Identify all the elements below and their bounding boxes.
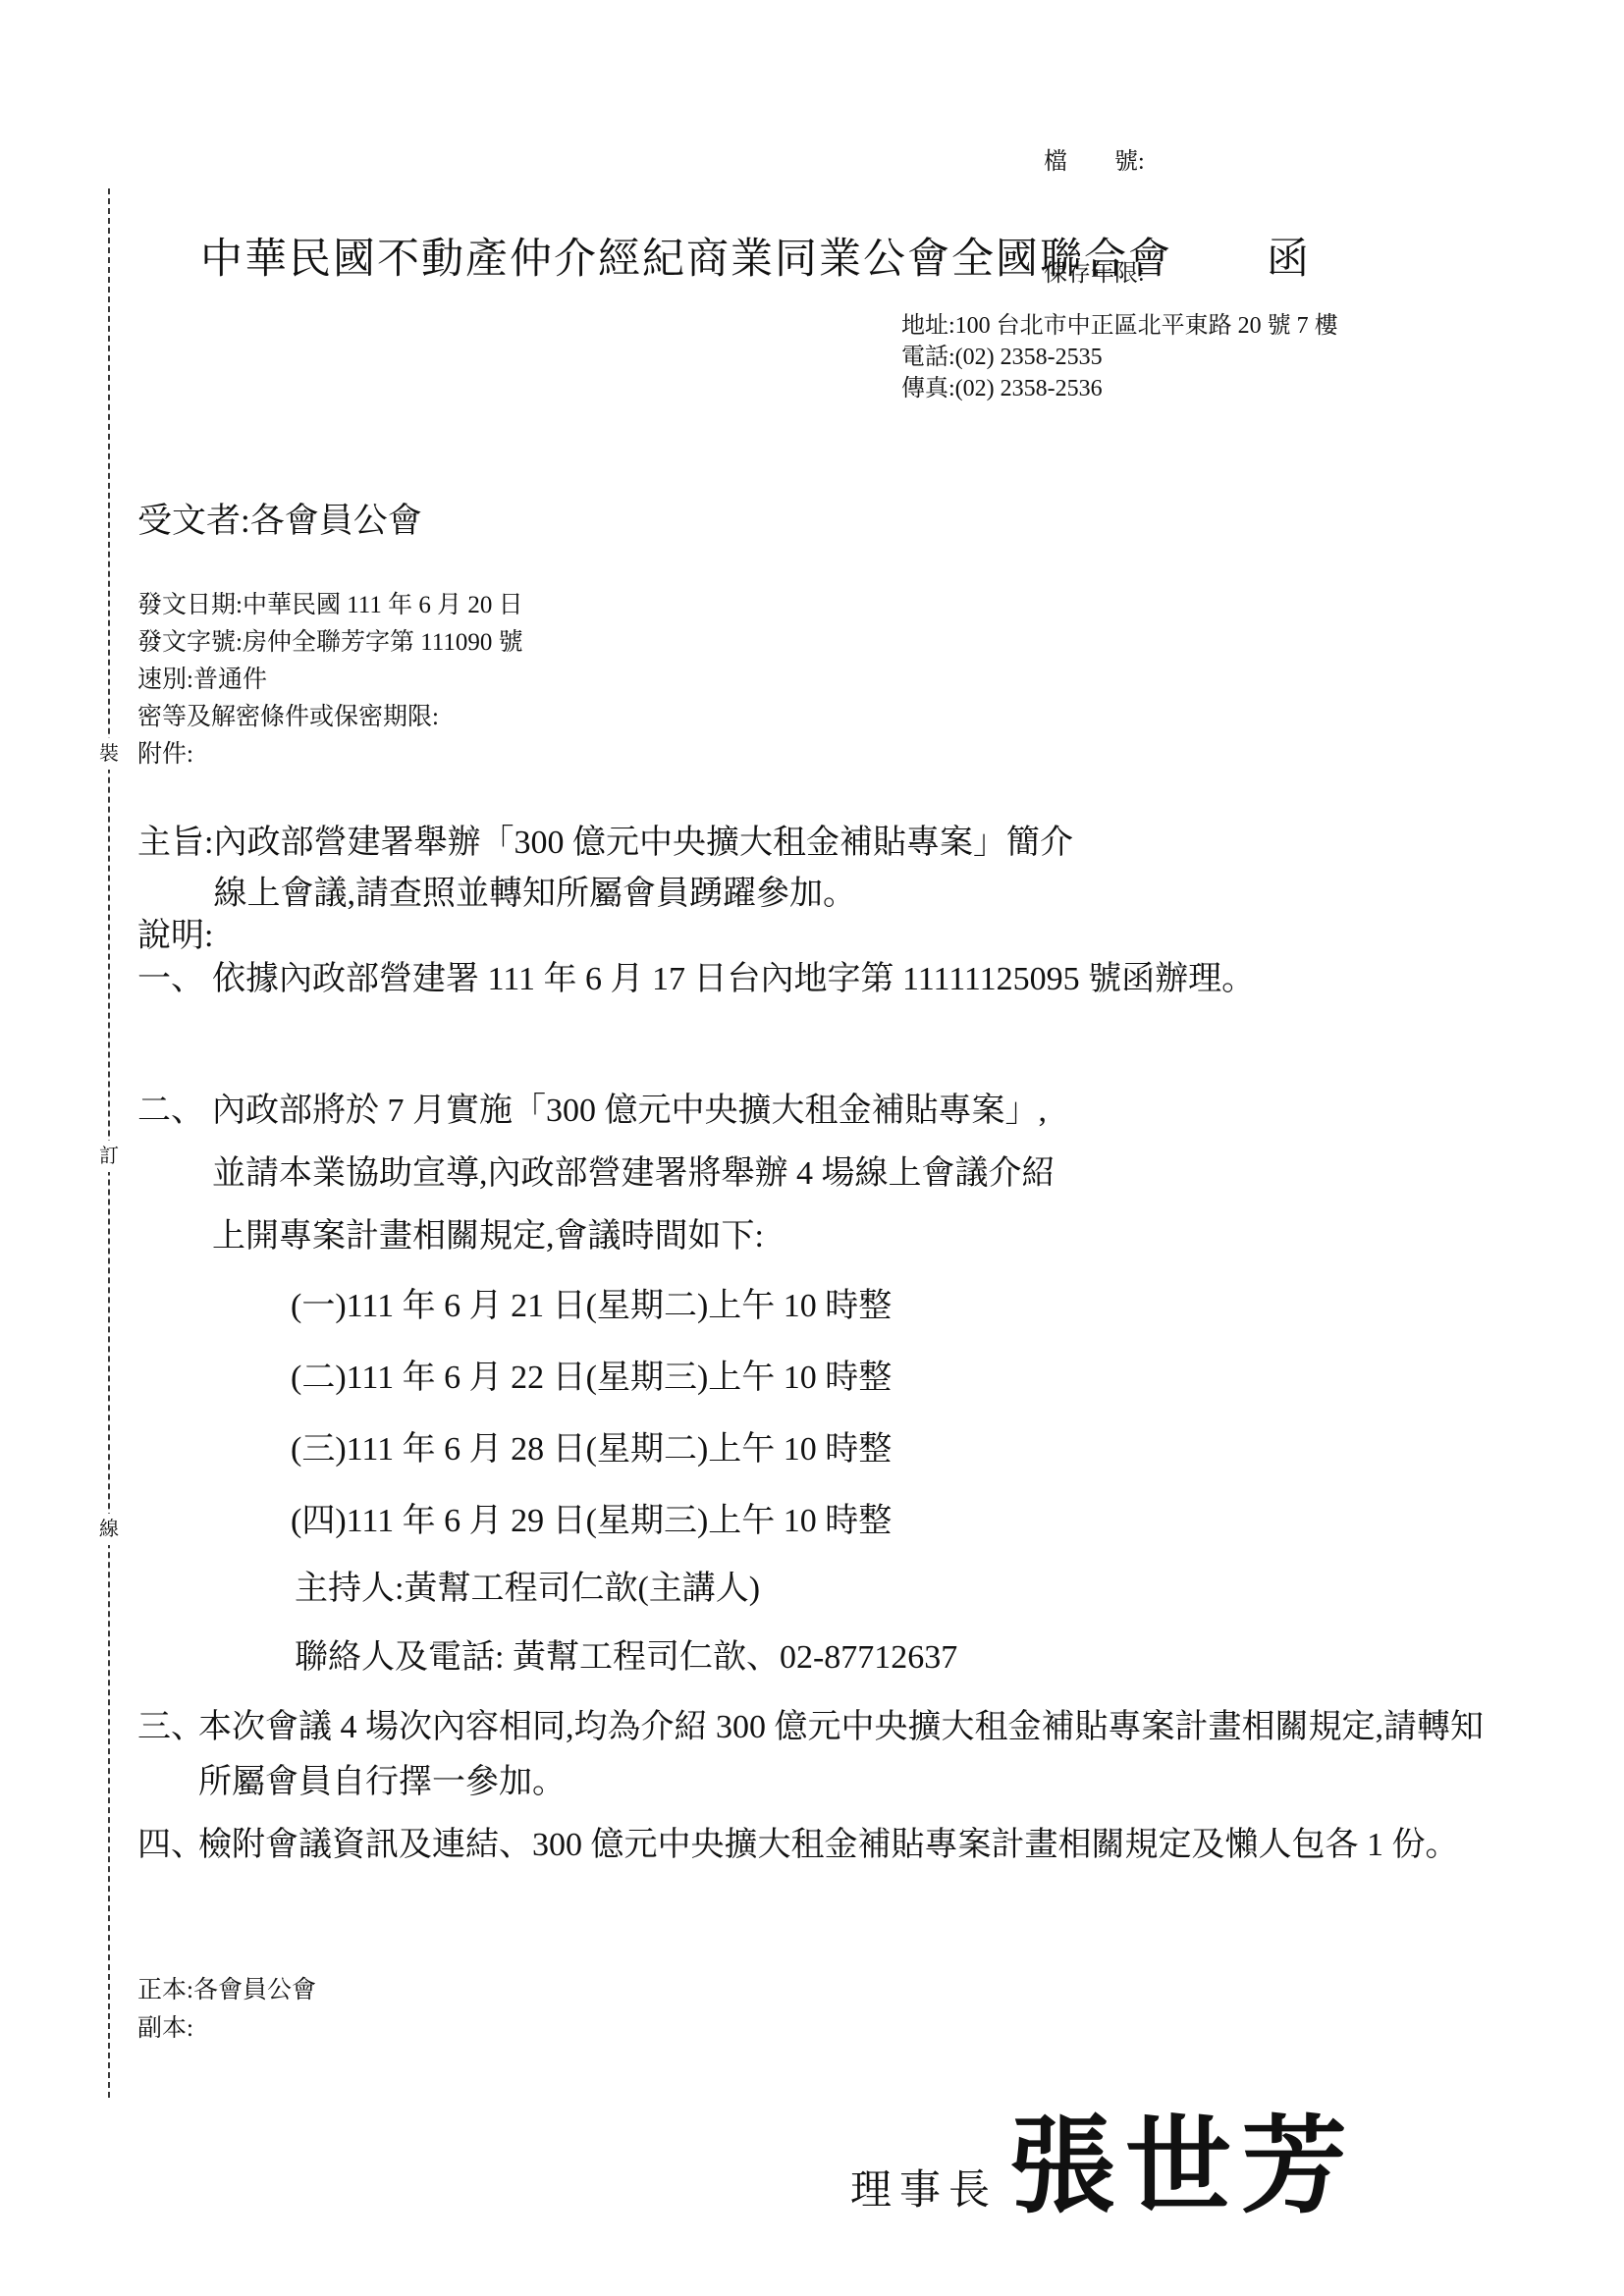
meeting-time-3: (三)111 年 6 月 28 日(星期二)上午 10 時整 bbox=[291, 1414, 892, 1485]
meeting-time-4: (四)111 年 6 月 29 日(星期三)上午 10 時整 bbox=[291, 1485, 892, 1557]
meta-line-issue-date: 發文日期:中華民國 111 年 6 月 20 日 bbox=[137, 587, 523, 624]
chairman-title: 理事長 bbox=[850, 2158, 998, 2216]
item-number: 三、 bbox=[137, 1700, 198, 1810]
meta-line-doc-number: 發文字號:房仲全聯芳字第 111090 號 bbox=[137, 624, 523, 662]
meeting-time-list: (一)111 年 6 月 21 日(星期二)上午 10 時整 (二)111 年 … bbox=[291, 1270, 892, 1557]
letterhead: 中華民國不動產仲介經紀商業同業公會全國聯合會 函 bbox=[200, 226, 1311, 286]
phone-line: 電話:(02) 2358-2535 bbox=[901, 342, 1338, 373]
file-number-label: 檔 號: bbox=[1044, 143, 1145, 181]
subject-label: 主旨: bbox=[137, 818, 213, 920]
explanation-item-1: 一、 依據內政部營建署 111 年 6 月 17 日台內地字第 11111125… bbox=[137, 952, 1508, 1007]
meta-line-classification: 密等及解密條件或保密期限: bbox=[137, 699, 523, 736]
contact-line: 聯絡人及電話: 黃幫工程司仁歆、02-87712637 bbox=[295, 1629, 957, 1678]
item-text: 內政部將於 7 月實施「300 億元中央擴大租金補貼專案」,並請本業協助宣導,內… bbox=[212, 1080, 1056, 1268]
document-meta: 發文日期:中華民國 111 年 6 月 20 日 發文字號:房仲全聯芳字第 11… bbox=[137, 587, 523, 774]
binding-char-xian: 線 bbox=[97, 1514, 121, 1545]
recipient-line: 受文者:各會員公會 bbox=[137, 494, 422, 543]
item-number: 四、 bbox=[137, 1818, 198, 1873]
explanation-item-3: 三、 本次會議 4 場次內容相同,均為介紹 300 億元中央擴大租金補貼專案計畫… bbox=[137, 1700, 1494, 1810]
host-line: 主持人:黃幫工程司仁歆(主講人) bbox=[295, 1561, 760, 1609]
subject-line: 主旨: 內政部營建署舉辦「300 億元中央擴大租金補貼專案」簡介線上會議,請查照… bbox=[137, 818, 1082, 920]
explanation-heading: 說明: bbox=[137, 908, 213, 956]
binding-char-zhuang: 裝 bbox=[97, 738, 121, 770]
meeting-time-2: (二)111 年 6 月 22 日(星期三)上午 10 時整 bbox=[291, 1342, 892, 1414]
doc-type: 函 bbox=[1267, 226, 1311, 286]
carbon-copy-line: 副本: bbox=[137, 2009, 316, 2048]
subject-text: 內政部營建署舉辦「300 億元中央擴大租金補貼專案」簡介線上會議,請查照並轉知所… bbox=[213, 818, 1082, 920]
fax-line: 傳真:(02) 2358-2536 bbox=[901, 373, 1338, 404]
contact-block: 地址:100 台北市中正區北平東路 20 號 7 樓 電話:(02) 2358-… bbox=[901, 310, 1338, 404]
original-copy-value: 各會員公會 bbox=[193, 1977, 316, 2003]
original-copy-label: 正本: bbox=[137, 1977, 193, 2003]
item-text: 檢附會議資訊及連結、300 億元中央擴大租金補貼專案計畫相關規定及懶人包各 1 … bbox=[198, 1818, 1494, 1873]
binding-char-ding: 訂 bbox=[97, 1141, 121, 1172]
item-number: 一、 bbox=[137, 952, 212, 1007]
meta-line-priority: 速別:普通件 bbox=[137, 662, 523, 699]
meta-line-attachment: 附件: bbox=[137, 736, 523, 774]
chairman-signature: 張世芳 bbox=[1009, 2081, 1357, 2233]
original-copy-line: 正本:各會員公會 bbox=[137, 1971, 316, 2009]
official-letter-page: 裝 訂 線 檔 號: 保存年限: 中華民國不動產仲介經紀商業同業公會全國聯合會 … bbox=[0, 0, 1624, 2296]
explanation-item-2: 二、 內政部將於 7 月實施「300 億元中央擴大租金補貼專案」,並請本業協助宣… bbox=[137, 1080, 1056, 1268]
address-line: 地址:100 台北市中正區北平東路 20 號 7 樓 bbox=[901, 310, 1338, 342]
item-text: 本次會議 4 場次內容相同,均為介紹 300 億元中央擴大租金補貼專案計畫相關規… bbox=[198, 1700, 1494, 1810]
copies-block: 正本:各會員公會 副本: bbox=[137, 1971, 316, 2048]
recipient-value: 各會員公會 bbox=[250, 502, 422, 540]
meeting-time-1: (一)111 年 6 月 21 日(星期二)上午 10 時整 bbox=[291, 1270, 892, 1342]
item-number: 二、 bbox=[137, 1080, 212, 1268]
recipient-label: 受文者: bbox=[137, 502, 250, 540]
explanation-item-4: 四、 檢附會議資訊及連結、300 億元中央擴大租金補貼專案計畫相關規定及懶人包各… bbox=[137, 1818, 1494, 1873]
org-name: 中華民國不動產仲介經紀商業同業公會全國聯合會 bbox=[200, 226, 1172, 286]
item-text: 依據內政部營建署 111 年 6 月 17 日台內地字第 11111125095… bbox=[212, 952, 1508, 1007]
